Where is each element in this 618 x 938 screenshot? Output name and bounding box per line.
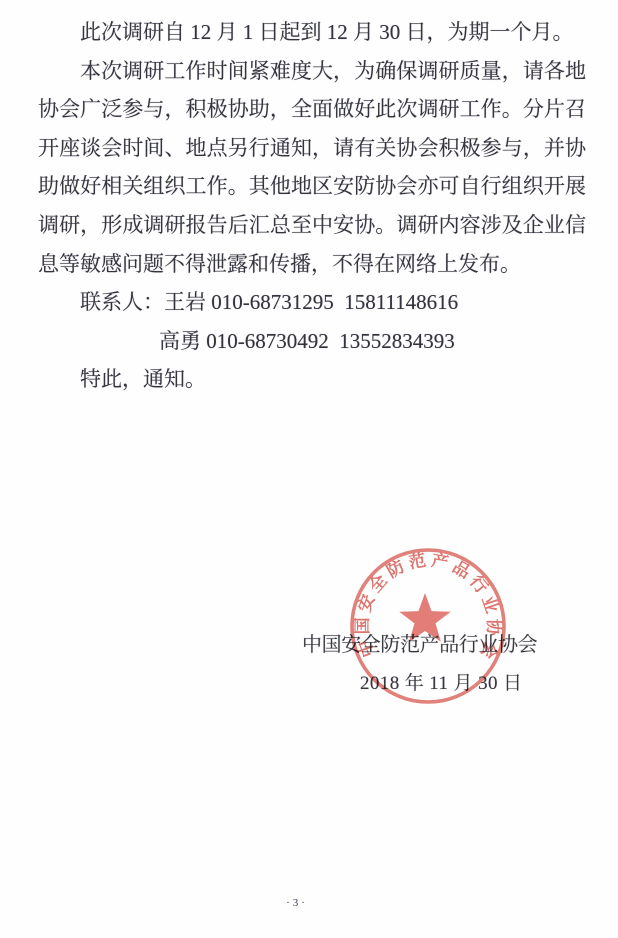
body-line: 调研，形成调研报告后汇总至中安协。调研内容涉及企业信 — [38, 206, 586, 245]
body-line: 此次调研自 12 月 1 日起到 12 月 30 日，为期一个月。 — [38, 13, 586, 52]
body-line: 本次调研工作时间紧难度大，为确保调研质量，请各地 — [38, 52, 586, 91]
body-line: 开座谈会时间、地点另行通知，请有关协会积极参与，并协 — [38, 129, 586, 168]
closing-line: 特此，通知。 — [38, 360, 586, 399]
scanned-notice-page: 此次调研自 12 月 1 日起到 12 月 30 日，为期一个月。 本次调研工作… — [0, 0, 618, 938]
body-line: 助做好相关组织工作。其他地区安防协会亦可自行组织开展 — [38, 167, 586, 206]
notice-body: 此次调研自 12 月 1 日起到 12 月 30 日，为期一个月。 本次调研工作… — [38, 13, 586, 399]
contact-line-wangyan: 联系人：王岩 010-68731295 15811148616 — [38, 283, 586, 322]
signature-date: 2018 年 11 月 30 日 — [360, 671, 522, 696]
contact-line-gaoyong: 高勇 010-68730492 13552834393 — [38, 322, 586, 361]
body-line: 协会广泛参与，积极协助，全面做好此次调研工作。分片召 — [38, 90, 586, 129]
page-number: ·3· — [262, 897, 332, 909]
body-line: 息等敏感问题不得泄露和传播，不得在网络上发布。 — [38, 245, 586, 284]
signature-organization: 中国安全防范产品行业协会 — [302, 632, 537, 658]
